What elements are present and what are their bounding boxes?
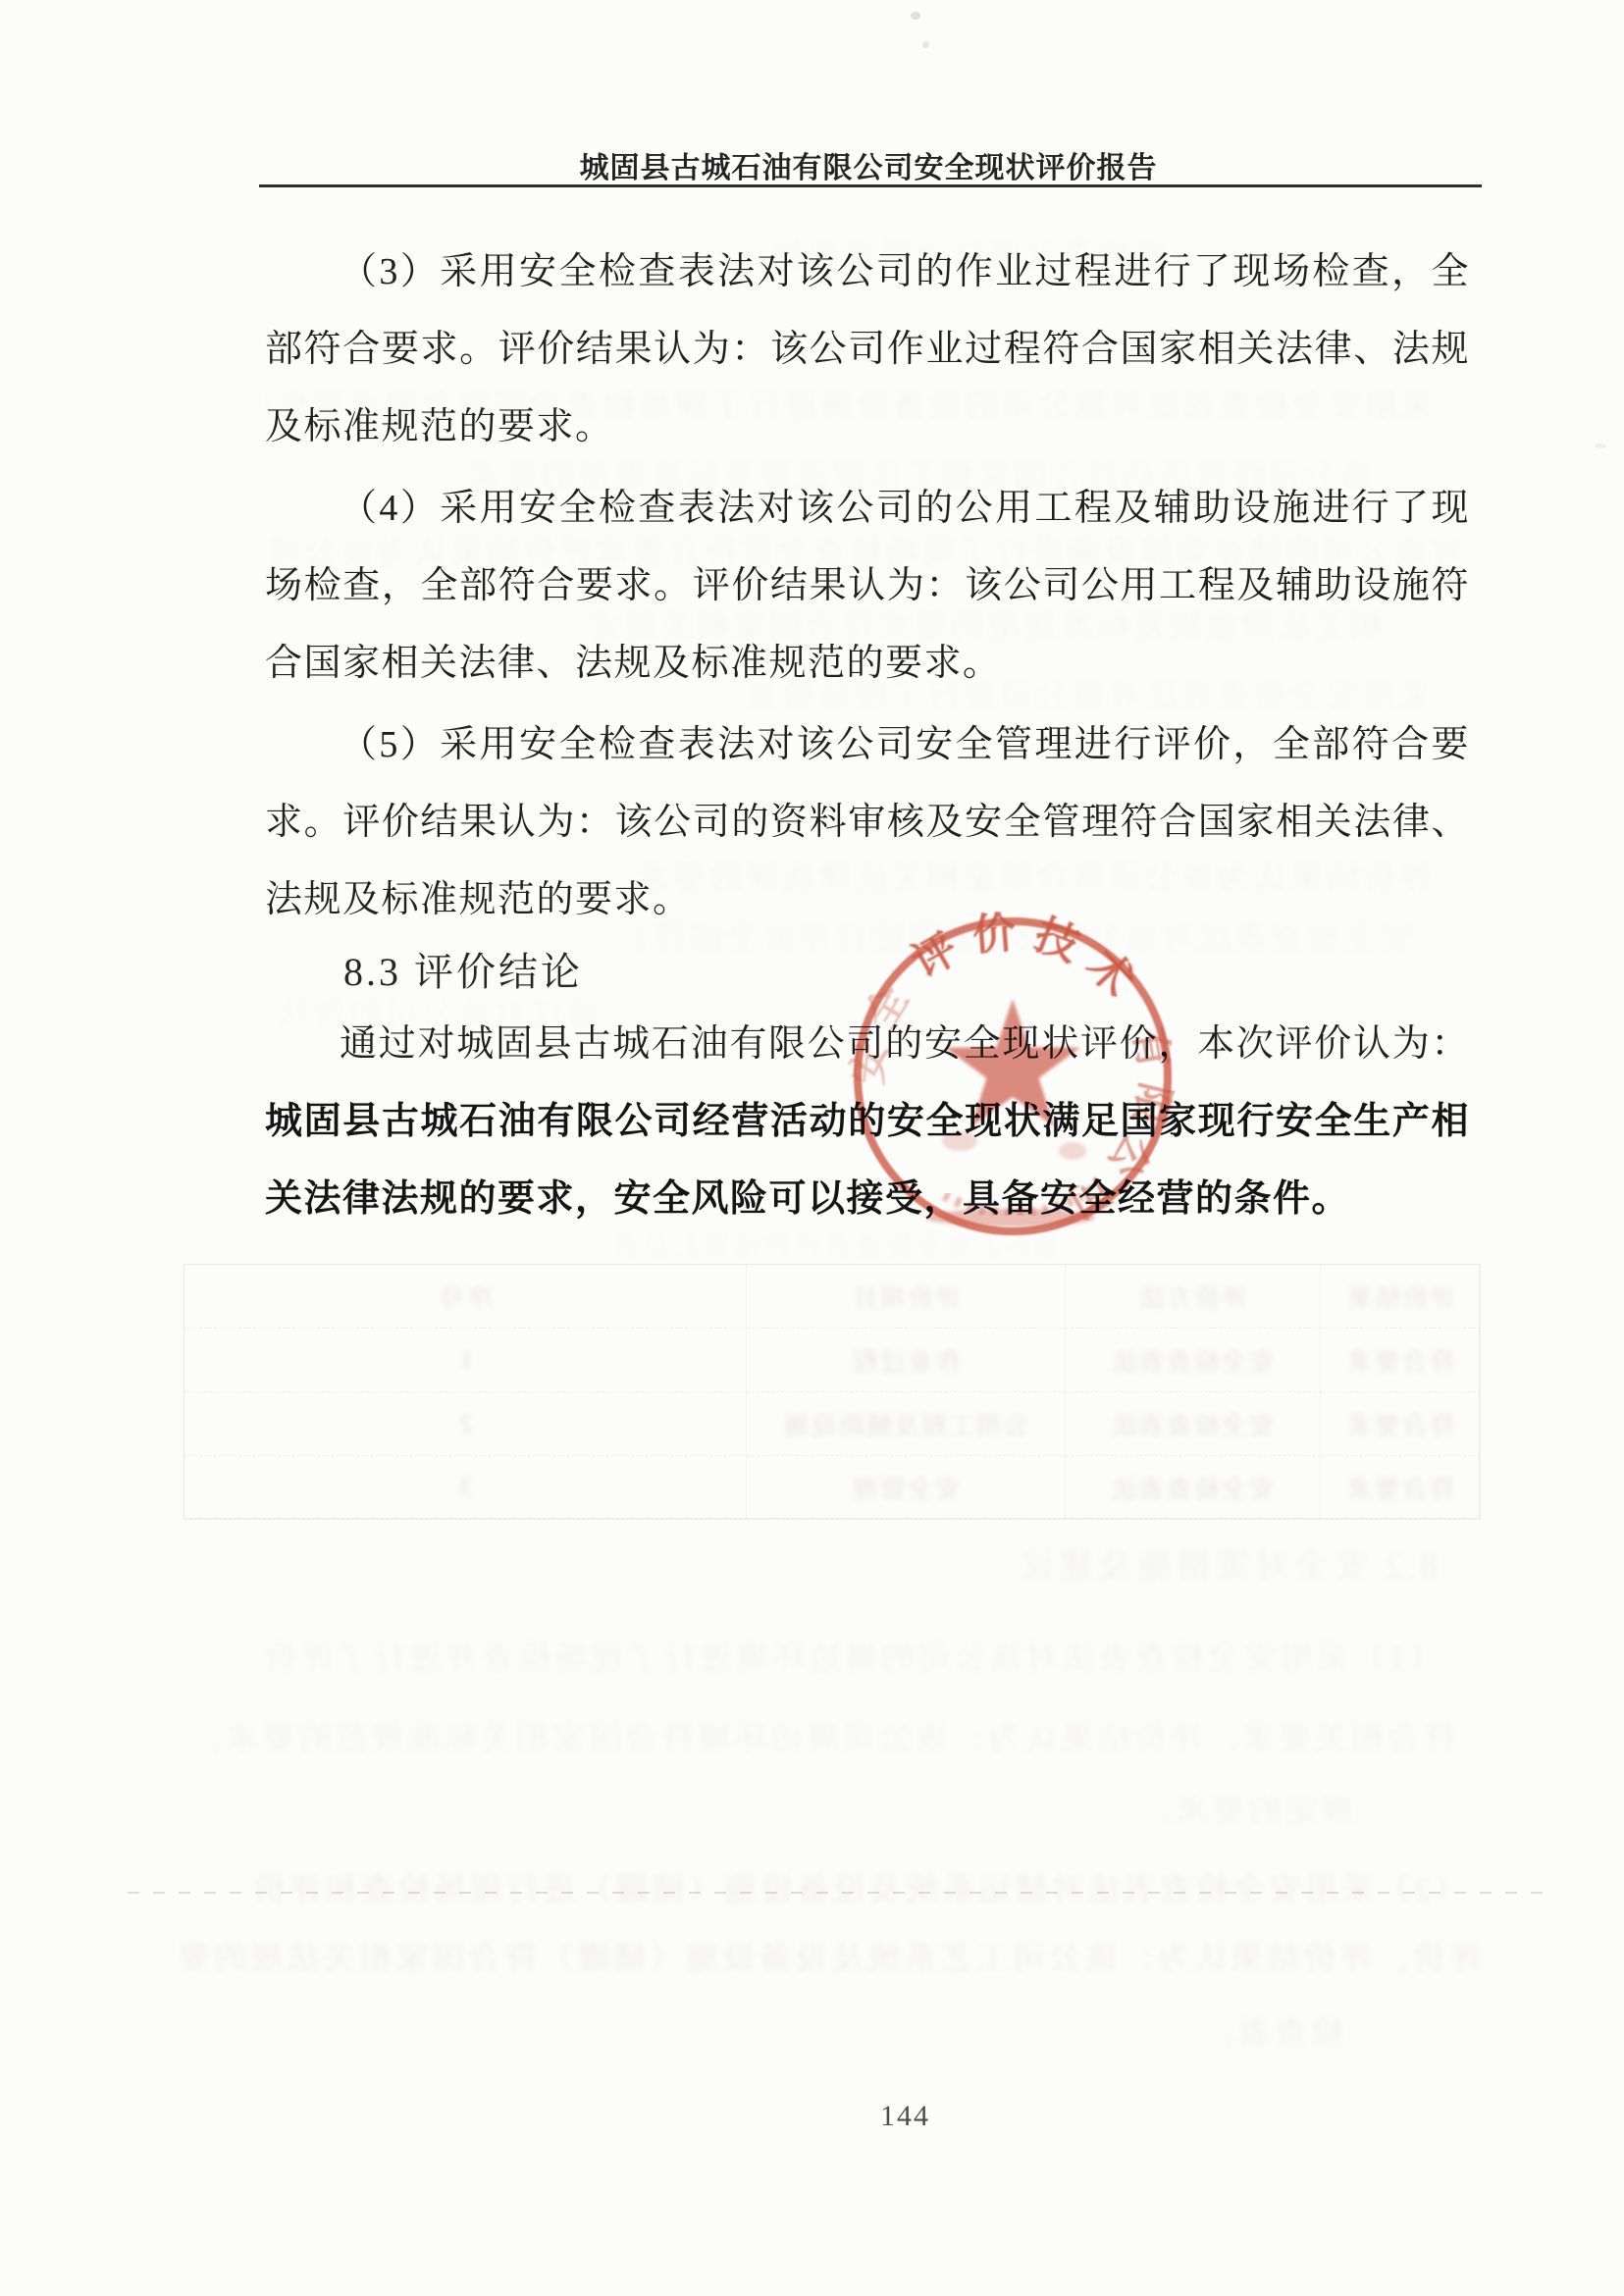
bleedthrough-line: （2）采用安全检查表法对储运系统及设备设施（储罐）进行现场检查和评价 [231, 1862, 1467, 1910]
bleedthrough-table-cell: 评价项目 [747, 1265, 1066, 1329]
bleedthrough-line: （1）采用安全检查表法对该公司的周边环境进行了现场检查并进行了评价 [250, 1631, 1442, 1679]
bleedthrough-table-cell: 序号 [184, 1265, 747, 1329]
header-divider [259, 184, 1482, 187]
bleedthrough-table-cell: 安全检查表法 [1066, 1456, 1321, 1520]
bleedthrough-table-cell: 安全管理 [747, 1456, 1066, 1520]
bleedthrough-table-cell: 3 [184, 1456, 747, 1520]
paragraph-item-5: （5）采用安全检查表法对该公司安全管理进行评价，全部符合要求。评价结果认为：该公… [265, 706, 1470, 939]
paragraph-item-3: （3）采用安全检查表法对该公司的作业过程进行了现场检查，全部符合要求。评价结果认… [265, 234, 1470, 466]
document-body: （3）采用安全检查表法对该公司的作业过程进行了现场检查，全部符合要求。评价结果认… [265, 234, 1470, 1242]
conclusion-emphasis: 城固县古城石油有限公司经营活动的安全现状满足国家现行安全生产相关法律法规的要求，… [265, 1101, 1470, 1220]
bleedthrough-table-cell: 符合要求 [1321, 1329, 1481, 1392]
scanned-report-page: { "header": { "title": "城固县古城石油有限公司安全现状评… [0, 0, 1624, 2296]
bleedthrough-line: 检查表。 [1207, 2006, 1344, 2054]
bleedthrough-table-cell: 评价结果 [1321, 1265, 1481, 1329]
bleedthrough-table-cell: 评价方法 [1066, 1265, 1321, 1329]
bleedthrough-table-cell: 符合要求 [1321, 1456, 1481, 1520]
scan-speck [1595, 444, 1606, 448]
bleedthrough-line: 规定的要求。 [1119, 1784, 1354, 1832]
bleedthrough-table: 序号 评价项目 评价方法 评价结果 1 作业过程 安全检查表法 符合要求 2 公… [183, 1264, 1480, 1519]
bleedthrough-table-cell: 2 [184, 1392, 747, 1456]
bleedthrough-line: 评价，评价结果认为：该公司工艺系统及设备设施（储罐）符合国家相关法规的要求 [177, 1931, 1482, 1979]
bleedthrough-table-cell: 1 [184, 1329, 747, 1392]
bleedthrough-streak [128, 1892, 1550, 1894]
conclusion-paragraph: 通过对城固县古城石油有限公司的安全现状评价，本次评价认为：城固县古城石油有限公司… [265, 1006, 1470, 1238]
bleedthrough-table-cell: 公用工程及辅助设施 [747, 1392, 1066, 1456]
bleedthrough-table-cell: 作业过程 [747, 1329, 1066, 1392]
section-heading: 8.3 评价结论 [265, 943, 1470, 1002]
page-header-title: 城固县古城石油有限公司安全现状评价报告 [265, 143, 1472, 186]
scan-speck [922, 41, 929, 48]
bleedthrough-table-cell: 安全检查表法 [1066, 1329, 1321, 1392]
bleedthrough-table-cell: 符合要求 [1321, 1392, 1481, 1456]
page-number: 144 [880, 2100, 930, 2133]
scan-speck [911, 12, 920, 20]
bleedthrough-table-cell: 安全检查表法 [1066, 1392, 1321, 1456]
conclusion-lead: 通过对城固县古城石油有限公司的安全现状评价，本次评价认为： [340, 1023, 1470, 1065]
paragraph-item-4: （4）采用安全检查表法对该公司的公用工程及辅助设施进行了现场检查，全部符合要求。… [265, 470, 1470, 703]
bleedthrough-line: 符合相关要求，评价结果认为：该公司周边环境符合国家相关标准规范的要求，符 [191, 1711, 1457, 1759]
bleedthrough-heading: 8.2 安全对策措施及建议 [932, 1539, 1438, 1589]
